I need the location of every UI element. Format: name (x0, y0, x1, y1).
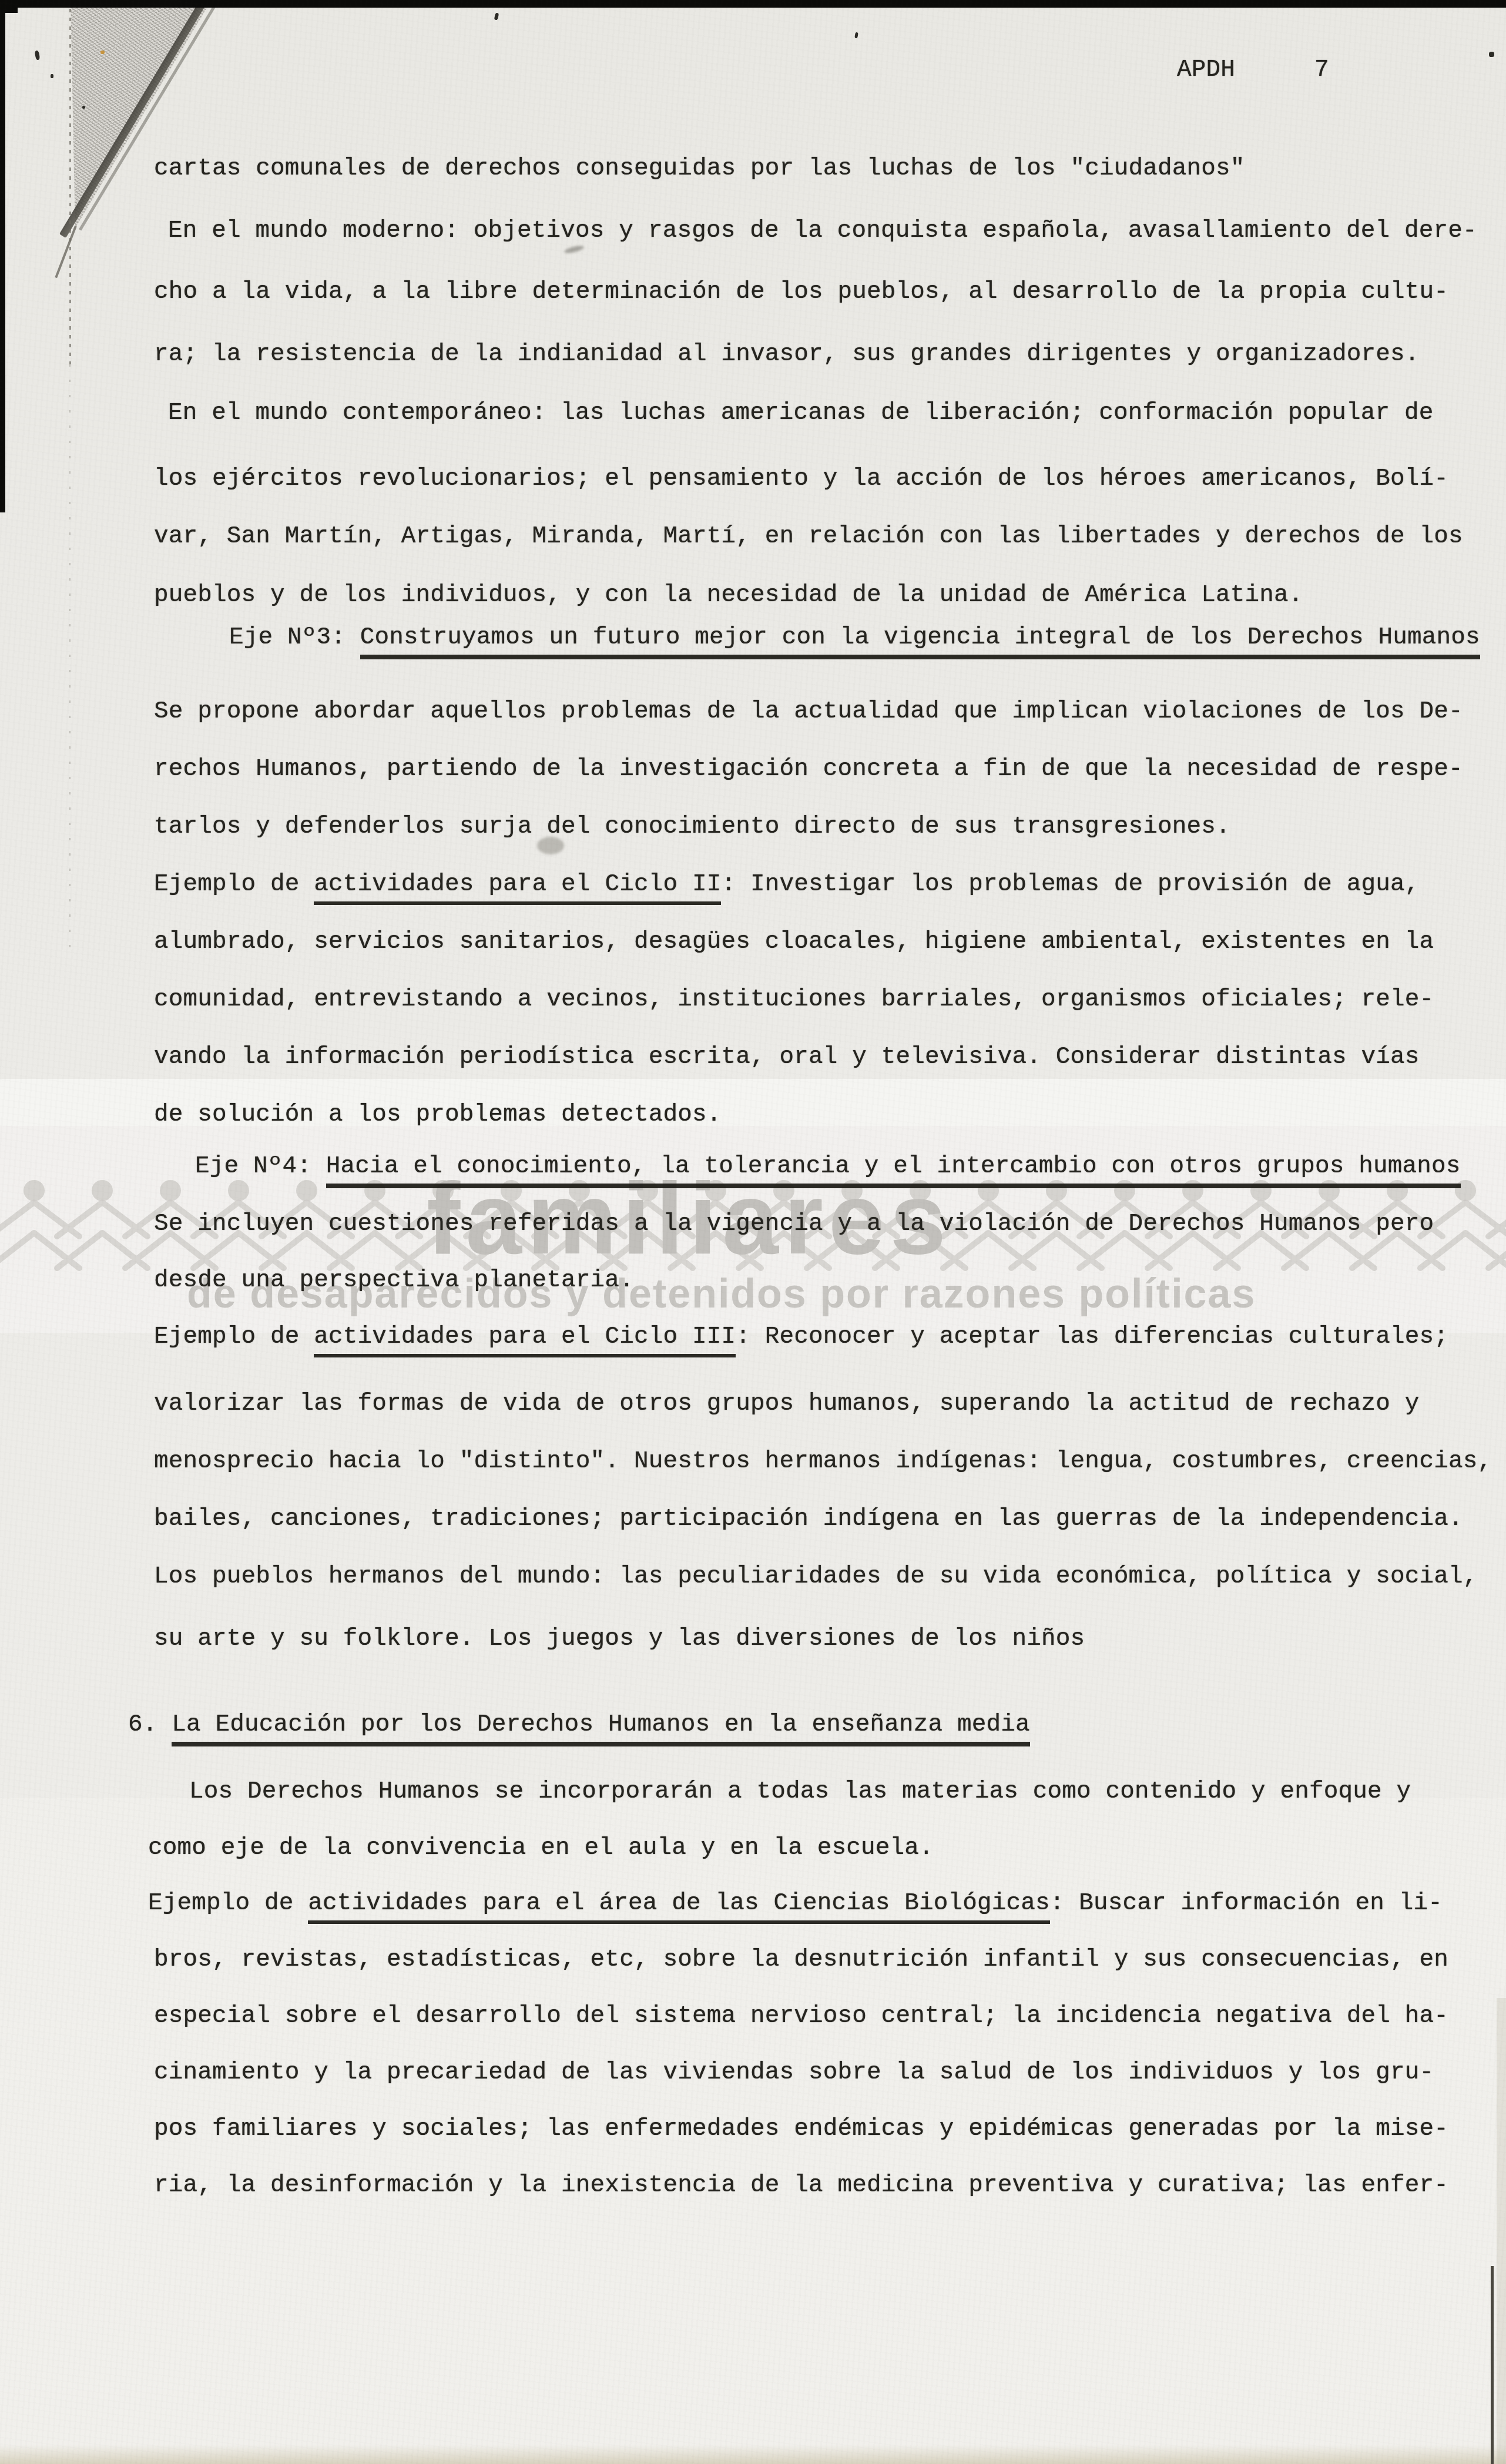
text-line: Ejemplo de actividades para el Ciclo III… (154, 1321, 1448, 1353)
text-line: desde una perspectiva planetaria. (154, 1265, 634, 1297)
text-line: bros, revistas, estadísticas, etc, sobre… (154, 1944, 1448, 1976)
ink-speck (100, 51, 105, 54)
text-line: de solución a los problemas detectados. (154, 1099, 721, 1131)
perforation-dots-faint (69, 364, 71, 958)
text-line: 6. La Educación por los Derechos Humanos… (128, 1709, 1030, 1741)
text-line: valorizar las formas de vida de otros gr… (154, 1388, 1420, 1420)
underlined-text: Hacia el conocimiento, la tolerancia y e… (326, 1153, 1461, 1188)
text-line: como eje de la convivencia en el aula y … (148, 1832, 934, 1865)
page-number: 7 (1314, 54, 1329, 86)
ink-speck (51, 74, 53, 78)
ink-speck (82, 106, 85, 109)
underlined-text: actividades para el Ciclo II (314, 871, 721, 905)
text-line: ra; la resistencia de la indianidad al i… (154, 338, 1420, 371)
org-label: APDH (1177, 54, 1235, 86)
perforation-dots (69, 0, 71, 364)
text-line: Eje Nº4: Hacia el conocimiento, la toler… (195, 1151, 1461, 1183)
text-line: especial sobre el desarrollo del sistema… (154, 2000, 1448, 2033)
ink-smudge (537, 837, 564, 854)
underlined-text: La Educación por los Derechos Humanos en… (172, 1711, 1030, 1746)
text-line: cinamiento y la precariedad de las vivie… (154, 2057, 1434, 2089)
text-line: vando la información periodística escrit… (154, 1041, 1420, 1074)
text-line: pueblos y de los individuos, y con la ne… (154, 579, 1303, 612)
text-line: pos familiares y sociales; las enfermeda… (154, 2113, 1448, 2145)
underlined-text: actividades para el Ciclo III (314, 1323, 736, 1357)
text-line: cartas comunales de derechos conseguidas… (154, 153, 1245, 185)
text-line: Se propone abordar aquellos problemas de… (154, 696, 1463, 728)
text-line: var, San Martín, Artigas, Miranda, Martí… (154, 521, 1463, 553)
text-line: menosprecio hacia lo "distinto". Nuestro… (154, 1446, 1492, 1478)
scan-corner-nub (0, 0, 18, 13)
text-line: bailes, canciones, tradiciones; particip… (154, 1503, 1463, 1536)
text-line: comunidad, entrevistando a vecinos, inst… (154, 984, 1434, 1016)
underlined-text: actividades para el área de las Ciencias… (308, 1890, 1049, 1924)
text-line: Se incluyen cuestiones referidas a la vi… (154, 1208, 1434, 1241)
text-line: cho a la vida, a la libre determinación … (154, 276, 1448, 309)
scan-top-edge (0, 0, 1506, 8)
right-edge-shade (1497, 1998, 1506, 2464)
text-line: Ejemplo de actividades para el Ciclo II:… (154, 869, 1420, 901)
text-line: ria, la desinformación y la inexistencia… (154, 2170, 1448, 2202)
text-line: Ejemplo de actividades para el área de l… (148, 1888, 1443, 1920)
text-line: alumbrado, servicios sanitarios, desagüe… (154, 926, 1434, 958)
text-line: En el mundo contemporáneo: las luchas am… (168, 397, 1434, 430)
text-line: Eje Nº3: Construyamos un futuro mejor co… (229, 622, 1480, 654)
text-line: tarlos y defenderlos surja del conocimie… (154, 811, 1230, 843)
text-line: Los pueblos hermanos del mundo: las pecu… (154, 1561, 1478, 1593)
text-line: rechos Humanos, partiendo de la investig… (154, 753, 1463, 786)
text-line: En el mundo moderno: objetivos y rasgos … (168, 215, 1477, 247)
text-line: los ejércitos revolucionarios; el pensam… (154, 463, 1448, 495)
text-line: su arte y su folklore. Los juegos y las … (154, 1623, 1085, 1655)
underlined-text: Construyamos un futuro mejor con la vige… (360, 624, 1480, 659)
scanned-document-page: familiares de desaparecidos y detenidos … (0, 0, 1506, 2464)
right-edge-line (1491, 2266, 1494, 2464)
typed-text-layer: APDH 7 cartas comunales de derechos cons… (0, 0, 1506, 2464)
text-line: Los Derechos Humanos se incorporarán a t… (189, 1776, 1411, 1808)
ink-speck (1489, 52, 1494, 57)
scan-left-edge (0, 0, 5, 512)
